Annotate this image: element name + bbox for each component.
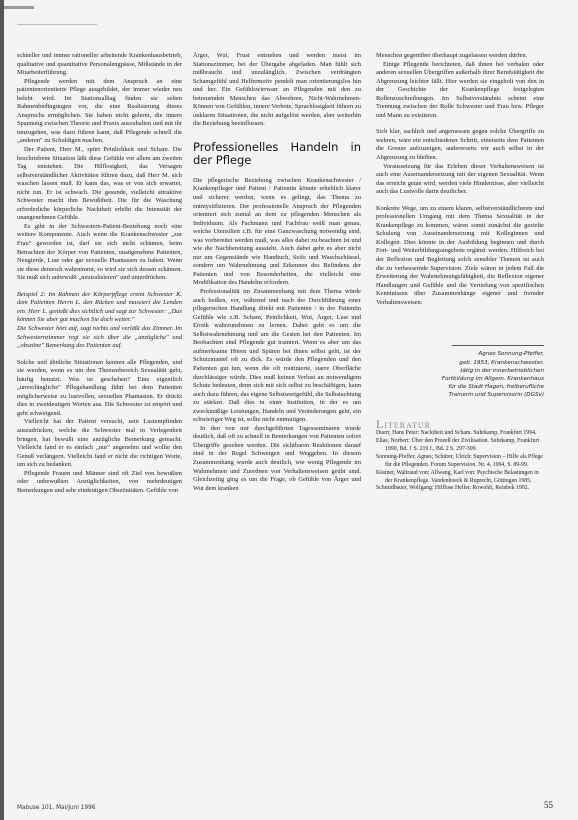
section-heading: Professionelles Handeln in der Pflege <box>193 141 361 167</box>
paragraph: Ärger, Wut, Frust entstehen und werden m… <box>193 52 361 129</box>
paragraph: Sich klar, sachlich und angemessen gegen… <box>376 128 544 162</box>
literature-list: Duerr, Hans Peter: Nacktheit und Scham. … <box>376 430 544 493</box>
signature-line: geb. 1953, Krankenschwester, <box>376 359 544 367</box>
signature-line: Fortbildung im Allgem. Krankenhaus <box>376 375 544 383</box>
signature-rule <box>452 345 544 346</box>
header-rule <box>17 24 97 25</box>
paragraph: Solche und ähnliche Situationen kennen a… <box>17 359 182 419</box>
paragraph: Professionalität im Zusammenhang mit dem… <box>193 288 361 425</box>
paragraph: In den von mir durchgeführten Tagessemin… <box>193 425 361 493</box>
literature-entry: Kästner, Waltraud von; Allwang, Karl von… <box>376 470 544 486</box>
paragraph: schneller und immer rationeller arbeiten… <box>17 52 182 78</box>
column-1: schneller und immer rationeller arbeiten… <box>17 52 182 495</box>
example-text: Die Schwester hört auf, sagt nichts und … <box>17 325 182 351</box>
page-number: 55 <box>544 800 553 810</box>
paragraph: Konkrete Wege, um zu einem klaren, selbs… <box>376 205 544 308</box>
paragraph: Menschen gegenüber überhaupt zugelassen … <box>376 52 544 61</box>
paragraph: Pflegende werden mit dem Anspruch an ein… <box>17 78 182 146</box>
literature-entry: Duerr, Hans Peter: Nacktheit und Scham. … <box>376 430 544 438</box>
example-text: Beispiel 2: Im Rahmen der Körperpflege c… <box>17 291 182 325</box>
scan-artifact <box>4 6 34 9</box>
paragraph: Pflegende Frauen und Männer sind oft Zie… <box>17 470 182 496</box>
paragraph: Vielleicht hat der Patient versucht, sei… <box>17 418 182 469</box>
paragraph: Voraussetzung für das Erleben dieser Ver… <box>376 163 544 197</box>
signature-line: tätig in der innerbetrieblichen <box>376 367 544 375</box>
signature-line: Trainerin und Supervisorin (DGSv) <box>376 391 544 399</box>
paragraph: Die pflegerische Beziehung zwischen Kran… <box>193 177 361 288</box>
paragraph: Der Patient, Herr M., spürt Peinlichkeit… <box>17 146 182 223</box>
page-binding-edge <box>0 0 4 820</box>
signature-line: für die Stadt Hagen, freiberufliche <box>376 383 544 391</box>
literature-entry: Elias, Norbert: Über den Prozeß der Zivi… <box>376 438 544 454</box>
signature-line: Agnes Sonnung-Pfeffer, <box>376 350 544 358</box>
paragraph: Es gibt in der Schwestern-Patient-Bezieh… <box>17 223 182 283</box>
literature-entry: Schmidbauer, Wolfgang: Hilflose Helfer. … <box>376 485 544 493</box>
paragraph: Einige Pflegende berichteten, daß ihnen … <box>376 61 544 121</box>
author-signature: Agnes Sonnung-Pfeffer, geb. 1953, Kranke… <box>376 350 544 399</box>
literature-heading: Literatur <box>376 420 544 429</box>
column-2: Ärger, Wut, Frust entstehen und werden m… <box>193 52 361 493</box>
literature-entry: Sonnung-Pfeffer, Agnes; Schürer, Ulrich:… <box>376 454 544 470</box>
column-3: Menschen gegenüber überhaupt zugelassen … <box>376 52 544 493</box>
journal-footer: Mabuse 101, Mai/Juni 1996 <box>17 805 95 811</box>
